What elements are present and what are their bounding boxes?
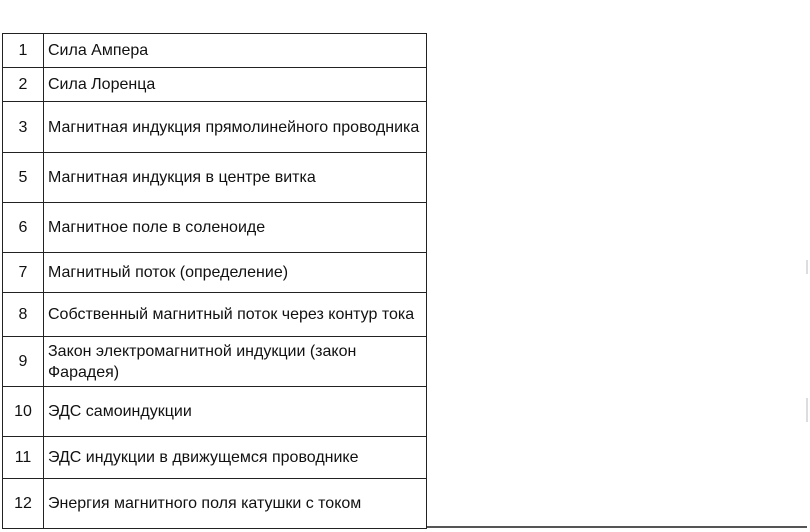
table-row: 10 ЭДС самоиндукции bbox=[3, 387, 427, 437]
row-title: Сила Лоренца bbox=[44, 68, 427, 102]
table-row: 7 Магнитный поток (определение) bbox=[3, 253, 427, 293]
row-number: 10 bbox=[3, 387, 44, 437]
row-number: 9 bbox=[3, 337, 44, 387]
table-row: 6 Магнитное поле в соленоиде bbox=[3, 203, 427, 253]
table-row: 2 Сила Лоренца bbox=[3, 68, 427, 102]
row-title: Энергия магнитного поля катушки с током bbox=[44, 479, 427, 529]
row-number: 7 bbox=[3, 253, 44, 293]
row-number: 12 bbox=[3, 479, 44, 529]
row-number: 8 bbox=[3, 293, 44, 337]
table-row: 12 Энергия магнитного поля катушки с ток… bbox=[3, 479, 427, 529]
edge-artifact bbox=[806, 260, 808, 274]
row-title: ЭДС самоиндукции bbox=[44, 387, 427, 437]
row-number: 5 bbox=[3, 153, 44, 203]
row-number: 6 bbox=[3, 203, 44, 253]
table-row: 3 Магнитная индукция прямолинейного пров… bbox=[3, 102, 427, 153]
row-number: 2 bbox=[3, 68, 44, 102]
edge-artifact bbox=[806, 398, 808, 422]
row-title: Сила Ампера bbox=[44, 34, 427, 68]
formula-table: 1 Сила Ампера 2 Сила Лоренца 3 Магнитная… bbox=[2, 33, 427, 529]
row-title: Магнитная индукция в центре витка bbox=[44, 153, 427, 203]
row-title: Магнитное поле в соленоиде bbox=[44, 203, 427, 253]
table-row: 5 Магнитная индукция в центре витка bbox=[3, 153, 427, 203]
row-title: Магнитная индукция прямолинейного провод… bbox=[44, 102, 427, 153]
bottom-border-line bbox=[427, 526, 807, 528]
table-row: 11 ЭДС индукции в движущемся проводнике bbox=[3, 437, 427, 479]
row-title: Магнитный поток (определение) bbox=[44, 253, 427, 293]
row-title: Закон электромагнитной индукции (закон Ф… bbox=[44, 337, 427, 387]
table-row: 1 Сила Ампера bbox=[3, 34, 427, 68]
row-number: 3 bbox=[3, 102, 44, 153]
table-row: 9 Закон электромагнитной индукции (закон… bbox=[3, 337, 427, 387]
row-number: 11 bbox=[3, 437, 44, 479]
row-title: ЭДС индукции в движущемся проводнике bbox=[44, 437, 427, 479]
table-row: 8 Собственный магнитный поток через конт… bbox=[3, 293, 427, 337]
row-title: Собственный магнитный поток через контур… bbox=[44, 293, 427, 337]
row-number: 1 bbox=[3, 34, 44, 68]
